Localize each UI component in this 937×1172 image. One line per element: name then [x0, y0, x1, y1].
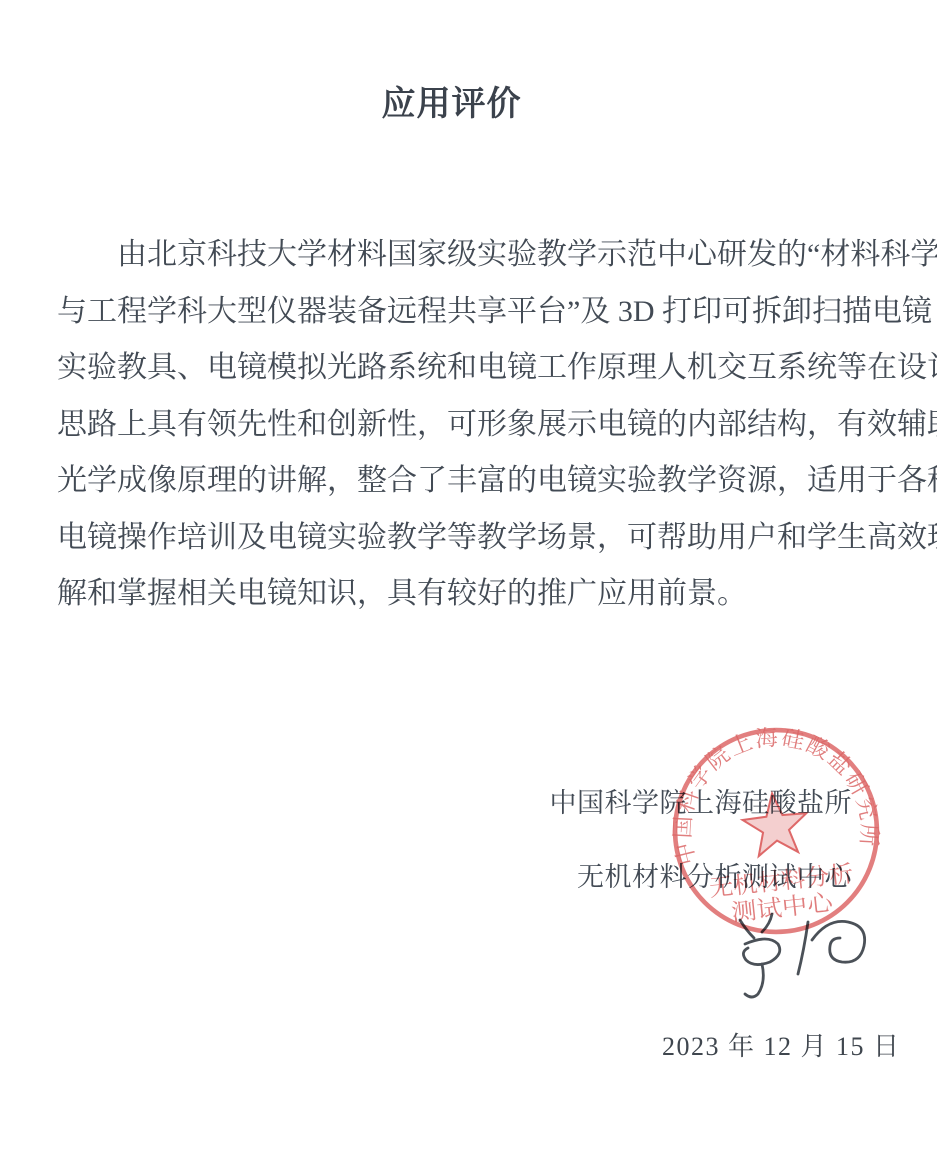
star-icon	[740, 790, 810, 857]
letter-body: 由北京科技大学材料国家级实验教学示范中心研发的“材料科学 与工程学科大型仪器装备…	[57, 227, 876, 623]
body-line: 电镜操作培训及电镜实验教学等教学场景，可帮助用户和学生高效理	[57, 510, 876, 567]
body-line: 与工程学科大型仪器装备远程共享平台”及 3D 打印可拆卸扫描电镜	[57, 284, 876, 341]
page-title: 应用评价	[0, 76, 903, 125]
stamp-ring-text: 中国科学院上海硅酸盐研究所	[671, 726, 881, 871]
svg-text:中国科学院上海硅酸盐研究所: 中国科学院上海硅酸盐研究所	[671, 726, 881, 871]
letter-date: 2023 年 12 月 15 日	[662, 1026, 901, 1063]
body-line: 光学成像原理的讲解，整合了丰富的电镜实验教学资源，适用于各种	[57, 453, 876, 510]
body-line: 由北京科技大学材料国家级实验教学示范中心研发的“材料科学	[57, 227, 876, 284]
handwritten-signature	[690, 900, 880, 1005]
scanned-letter-page: 应用评价 由北京科技大学材料国家级实验教学示范中心研发的“材料科学 与工程学科大…	[0, 0, 937, 1172]
body-line: 解和掌握相关电镜知识，具有较好的推广应用前景。	[57, 566, 876, 623]
body-line: 实验教具、电镜模拟光路系统和电镜工作原理人机交互系统等在设计	[57, 340, 876, 397]
body-line: 思路上具有领先性和创新性，可形象展示电镜的内部结构，有效辅助	[57, 397, 876, 454]
